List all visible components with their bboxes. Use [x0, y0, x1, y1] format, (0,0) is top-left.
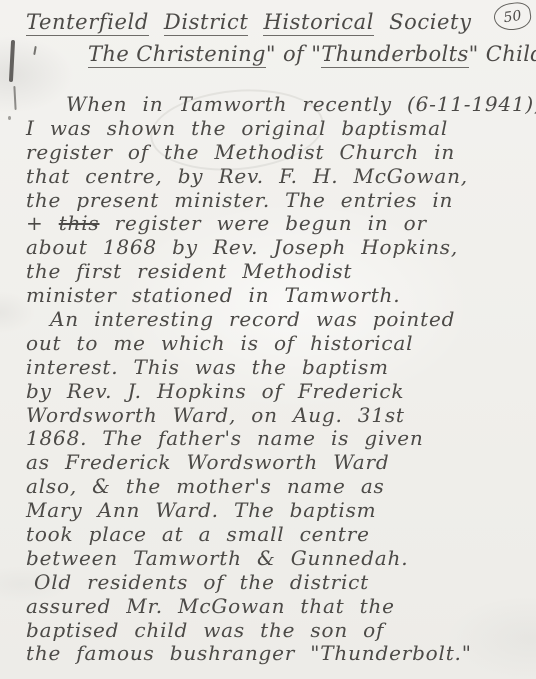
manuscript-line: the present minister. The entries in — [26, 189, 524, 213]
manuscript-line: the famous bushranger "Thunderbolt." — [26, 642, 524, 666]
manuscript-line: baptised child was the son of — [26, 619, 524, 643]
insert-plus-mark: + — [26, 211, 59, 235]
society-word: Historical — [263, 10, 374, 36]
manuscript-line: An interesting record was pointed — [26, 308, 524, 332]
manuscript-line: 1868. The father's name is given — [26, 427, 524, 451]
title-part: " Child — [469, 42, 536, 66]
manuscript-line: took place at a small centre — [26, 523, 524, 547]
manuscript-line: Mary Ann Ward. The baptism — [26, 499, 524, 523]
manuscript-line: interest. This was the baptism — [26, 356, 524, 380]
manuscript-line: the first resident Methodist — [26, 260, 524, 284]
society-heading: TenterfieldDistrictHistoricalSociety — [26, 8, 524, 36]
title-part: The Christening — [88, 42, 266, 68]
line-remainder: register were begun in or — [100, 211, 427, 235]
society-word: Society — [389, 10, 471, 34]
manuscript-page: 50 TenterfieldDistrictHistoricalSociety … — [0, 0, 536, 679]
manuscript-body: When in Tamworth recently (6-11-1941), I… — [26, 93, 524, 666]
manuscript-line: between Tamworth & Gunnedah. — [26, 547, 524, 571]
manuscript-line: as Frederick Wordsworth Ward — [26, 451, 524, 475]
society-word: District — [164, 10, 249, 36]
manuscript-line: that centre, by Rev. F. H. McGowan, — [26, 165, 524, 189]
article-title: The Christening" of "Thunderbolts" Child — [26, 40, 524, 68]
manuscript-line: I was shown the original baptismal — [26, 117, 524, 141]
title-part: Thunderbolts — [321, 42, 468, 68]
manuscript-line: minister stationed in Tamworth. — [26, 284, 524, 308]
society-word: Tenterfield — [26, 10, 149, 36]
manuscript-sheet: TenterfieldDistrictHistoricalSociety The… — [0, 0, 536, 666]
manuscript-line: by Rev. J. Hopkins of Frederick — [26, 380, 524, 404]
manuscript-line: When in Tamworth recently (6-11-1941), — [26, 93, 524, 117]
struck-word: this — [59, 211, 100, 235]
manuscript-line: out to me which is of historical — [26, 332, 524, 356]
manuscript-line: register of the Methodist Church in — [26, 141, 524, 165]
manuscript-line-with-correction: + this register were begun in or — [26, 212, 524, 236]
title-part: " of " — [266, 42, 322, 66]
manuscript-line: Wordsworth Ward, on Aug. 31st — [26, 404, 524, 428]
manuscript-line: about 1868 by Rev. Joseph Hopkins, — [26, 236, 524, 260]
manuscript-line: Old residents of the district — [26, 571, 524, 595]
manuscript-line: also, & the mother's name as — [26, 475, 524, 499]
manuscript-line: assured Mr. McGowan that the — [26, 595, 524, 619]
